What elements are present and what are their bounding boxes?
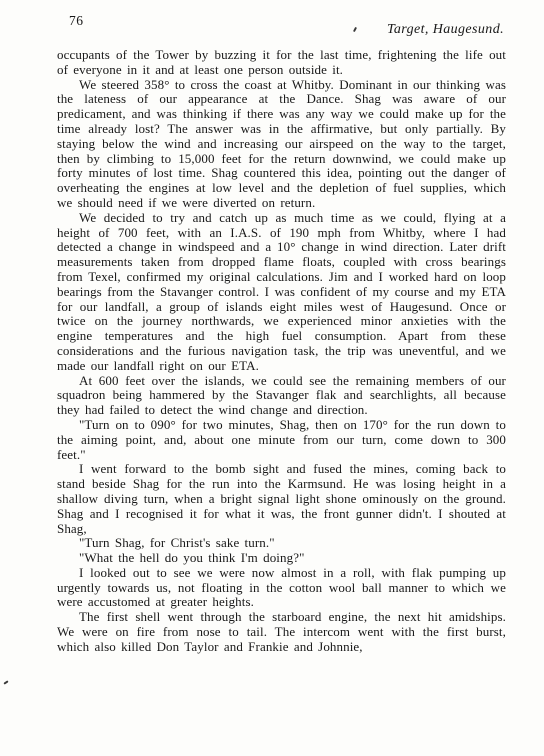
paragraph: At 600 feet over the islands, we could s… <box>57 374 506 418</box>
ink-speck <box>3 680 8 685</box>
page-header: 76 Target, Haugesund. <box>57 13 506 40</box>
paragraph: "Turn Shag, for Christ's sake turn." <box>57 536 506 551</box>
paragraph: We steered 358° to cross the coast at Wh… <box>57 78 506 211</box>
paragraph: The first shell went through the starboa… <box>57 610 506 654</box>
paragraph: I went forward to the bomb sight and fus… <box>57 462 506 536</box>
paragraph: We decided to try and catch up as much t… <box>57 211 506 374</box>
paragraph: "What the hell do you think I'm doing?" <box>57 551 506 566</box>
paragraph: I looked out to see we were now almost i… <box>57 566 506 610</box>
page-text: occupants of the Tower by buzzing it for… <box>57 48 506 655</box>
book-page: 76 Target, Haugesund. occupants of the T… <box>0 0 544 756</box>
page-number: 76 <box>69 13 84 29</box>
paragraph: "Turn on to 090° for two minutes, Shag, … <box>57 418 506 462</box>
paragraph: occupants of the Tower by buzzing it for… <box>57 48 506 78</box>
running-header: Target, Haugesund. <box>387 22 504 38</box>
